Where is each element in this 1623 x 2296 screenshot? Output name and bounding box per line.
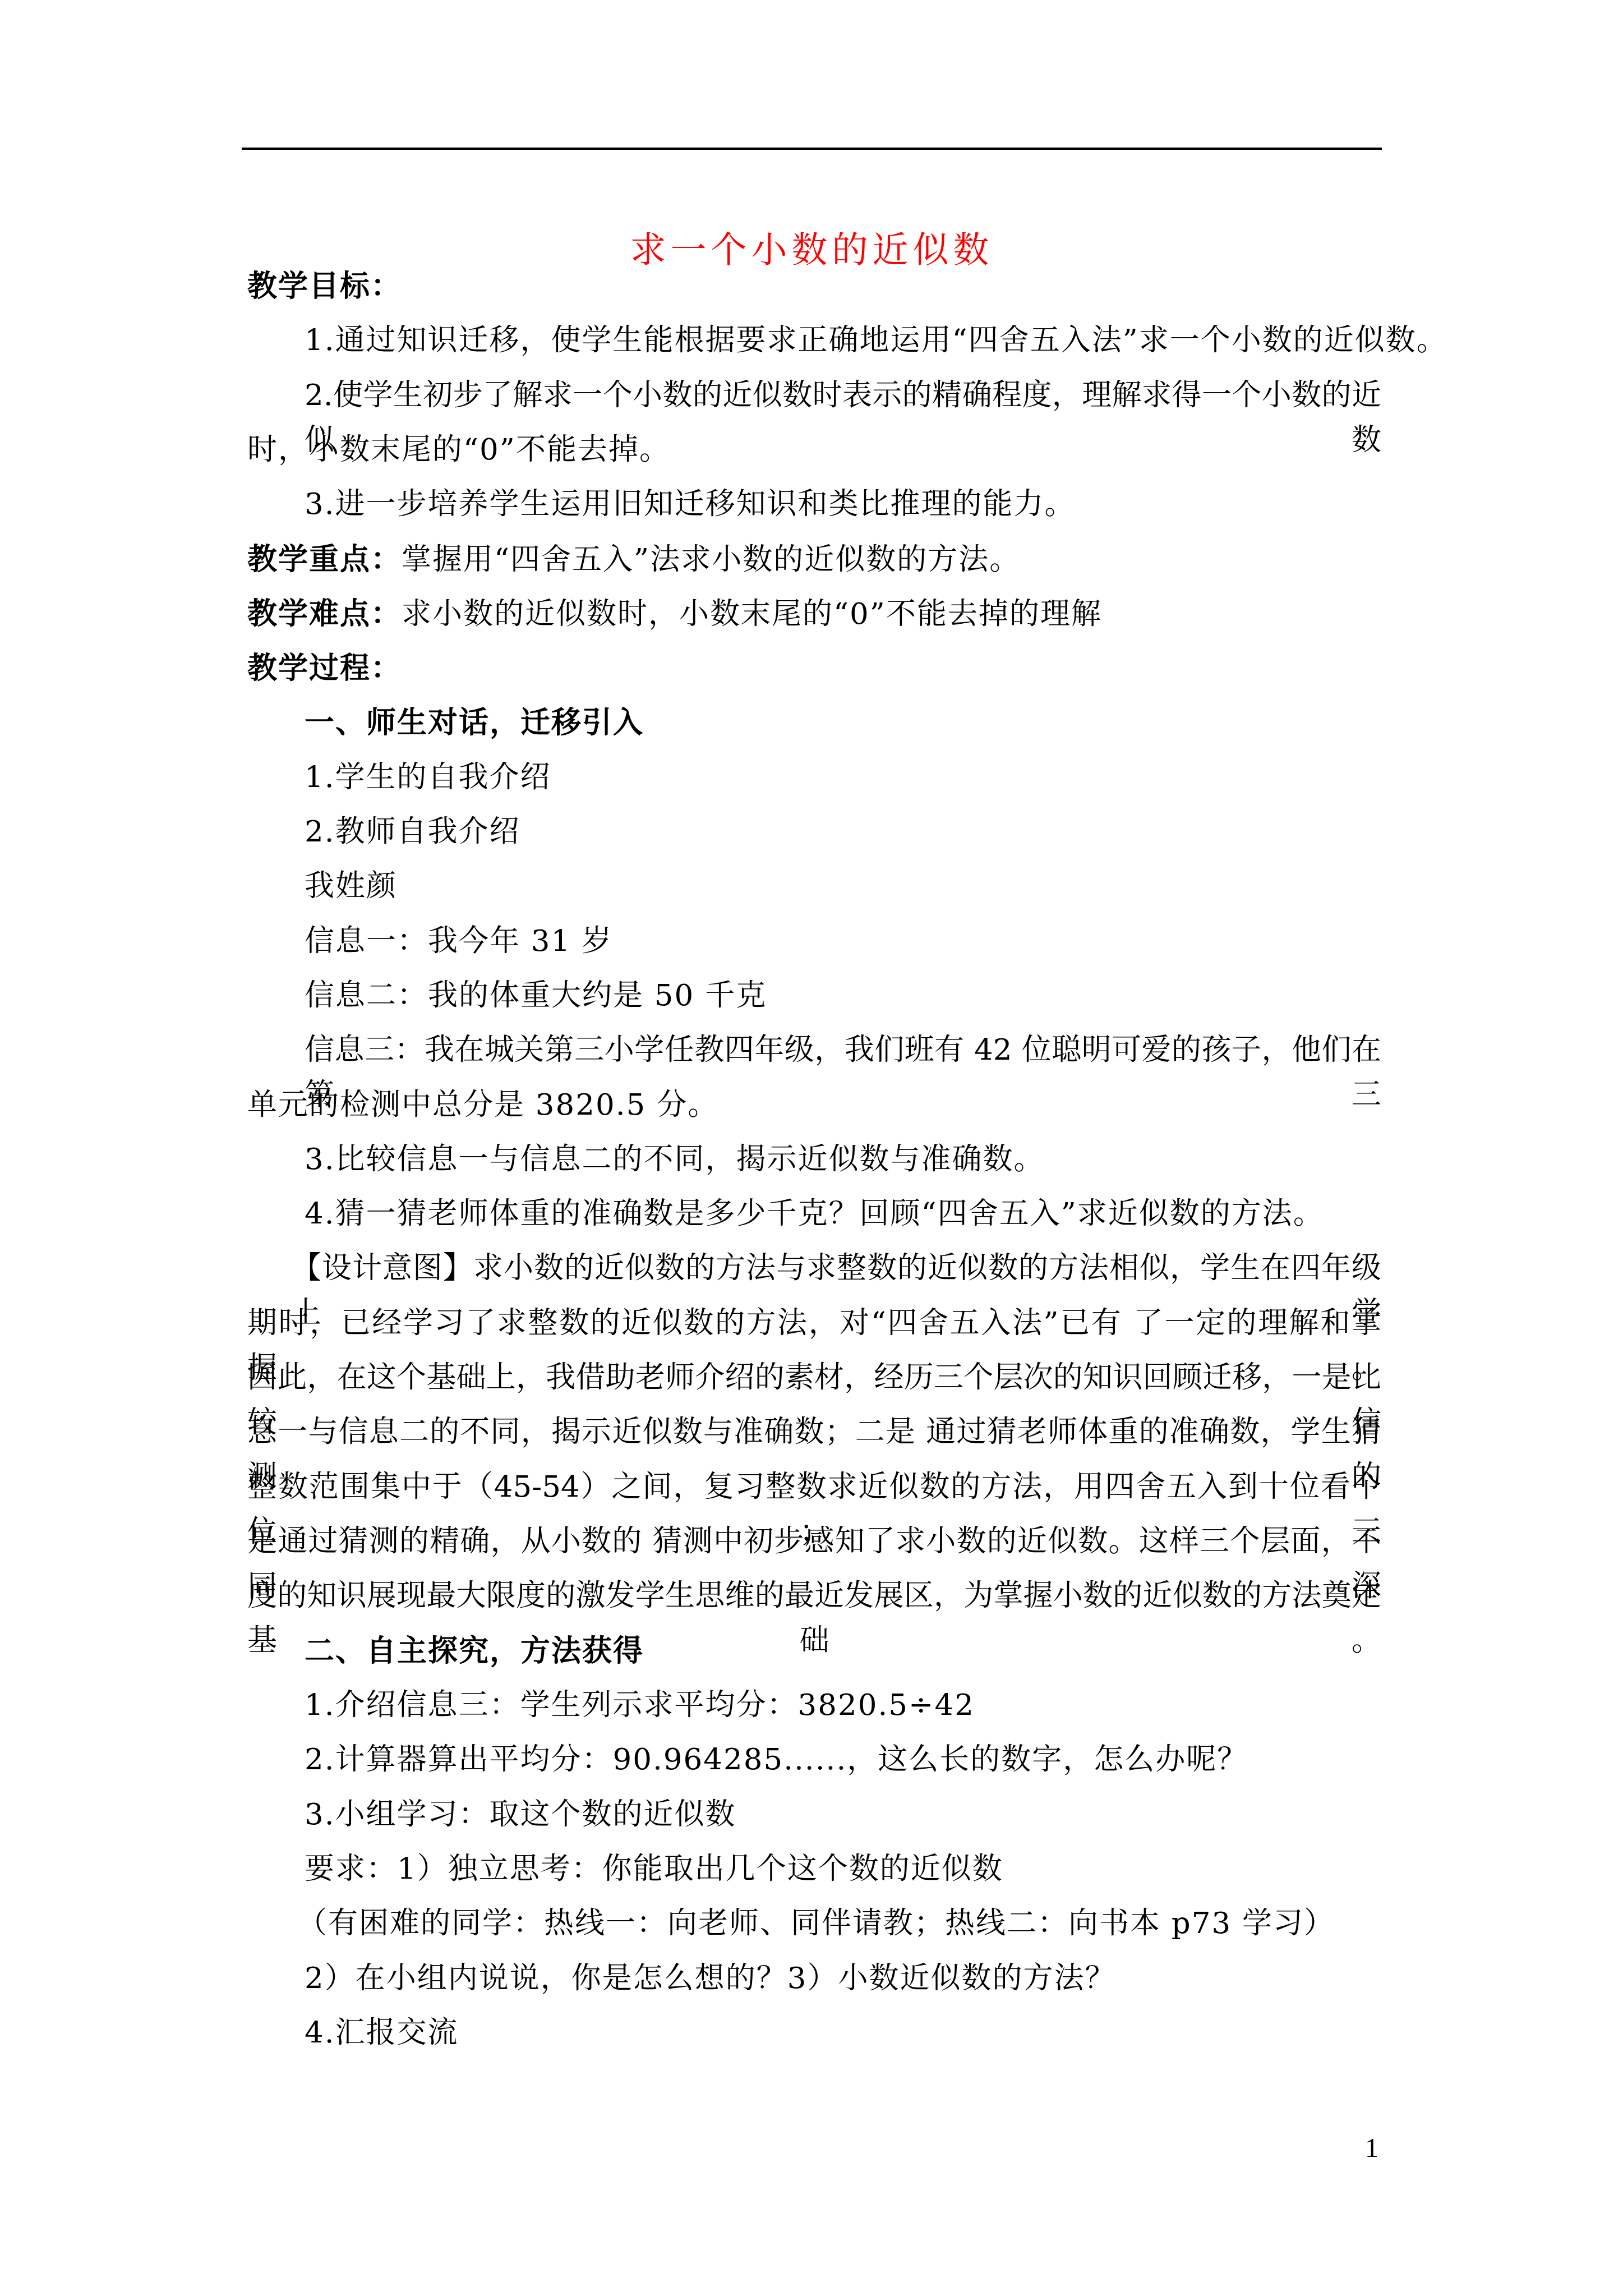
section2-line: 3.小组学习：取这个数的近似数 (305, 1792, 1381, 1837)
section1-line: 3.比较信息一与信息二的不同，揭示近似数与准确数。 (305, 1137, 1381, 1182)
section2-line: 2.计算器算出平均分：90.964285......，这么长的数字，怎么办呢？ (305, 1737, 1381, 1782)
section1-line: 我姓颜 (305, 864, 1381, 909)
section2-line: （有困难的同学：热线一：向老师、同伴请教；热线二：向书本 p73 学习） (297, 1901, 1374, 1946)
section1-heading: 一、师生对话，迁移引入 (305, 700, 1381, 745)
section2-line: 2）在小组内说说，你是怎么想的？3）小数近似数的方法？ (305, 1956, 1381, 2001)
section2-line: 要求：1）独立思考：你能取出几个这个数的近似数 (305, 1847, 1381, 1892)
section1-line: 信息一：我今年 31 岁 (305, 919, 1381, 964)
objective-1: 1.通过知识迁移，使学生能根据要求正确地运用“四舍五入法”求一个小数的近似数。 (305, 318, 1381, 363)
difficulty: 教学难点：求小数的近似数时，小数末尾的“0”不能去掉的理解 (247, 591, 1381, 637)
key-point: 教学重点：掌握用“四舍五入”法求小数的近似数的方法。 (247, 537, 1381, 582)
page-number: 1 (1365, 2132, 1378, 2165)
section1-line: 4.猜一猜老师体重的准确数是多少千克？回顾“四舍五入”求近似数的方法。 (305, 1191, 1381, 1236)
objective-2-cont: 时，小数末尾的“0”不能去掉。 (247, 427, 1381, 472)
difficulty-label: 教学难点： (247, 596, 402, 631)
section1-line: 1.学生的自我介绍 (305, 755, 1381, 800)
section2-line: 1.介绍信息三：学生列示求平均分：3820.5÷42 (305, 1683, 1381, 1728)
section1-line: 2.教师自我介绍 (305, 809, 1381, 854)
objective-3: 3.进一步培养学生运用旧知迁移知识和类比推理的能力。 (305, 482, 1381, 527)
difficulty-text: 求小数的近似数时，小数末尾的“0”不能去掉的理解 (402, 597, 1102, 631)
section1-line: 单元的检测中总分是 3820.5 分。 (247, 1083, 1381, 1128)
section1-line: 信息二：我的体重大约是 50 千克 (305, 973, 1381, 1018)
section2-line: 4.汇报交流 (305, 2010, 1381, 2055)
key-point-label: 教学重点： (247, 542, 402, 577)
header-rule (242, 148, 1382, 150)
process-heading: 教学过程： (247, 646, 1381, 691)
key-point-text: 掌握用“四舍五入”法求小数的近似数的方法。 (402, 542, 1020, 577)
section2-heading: 二、自主探究，方法获得 (305, 1628, 1381, 1673)
objectives-heading: 教学目标： (247, 264, 1381, 309)
